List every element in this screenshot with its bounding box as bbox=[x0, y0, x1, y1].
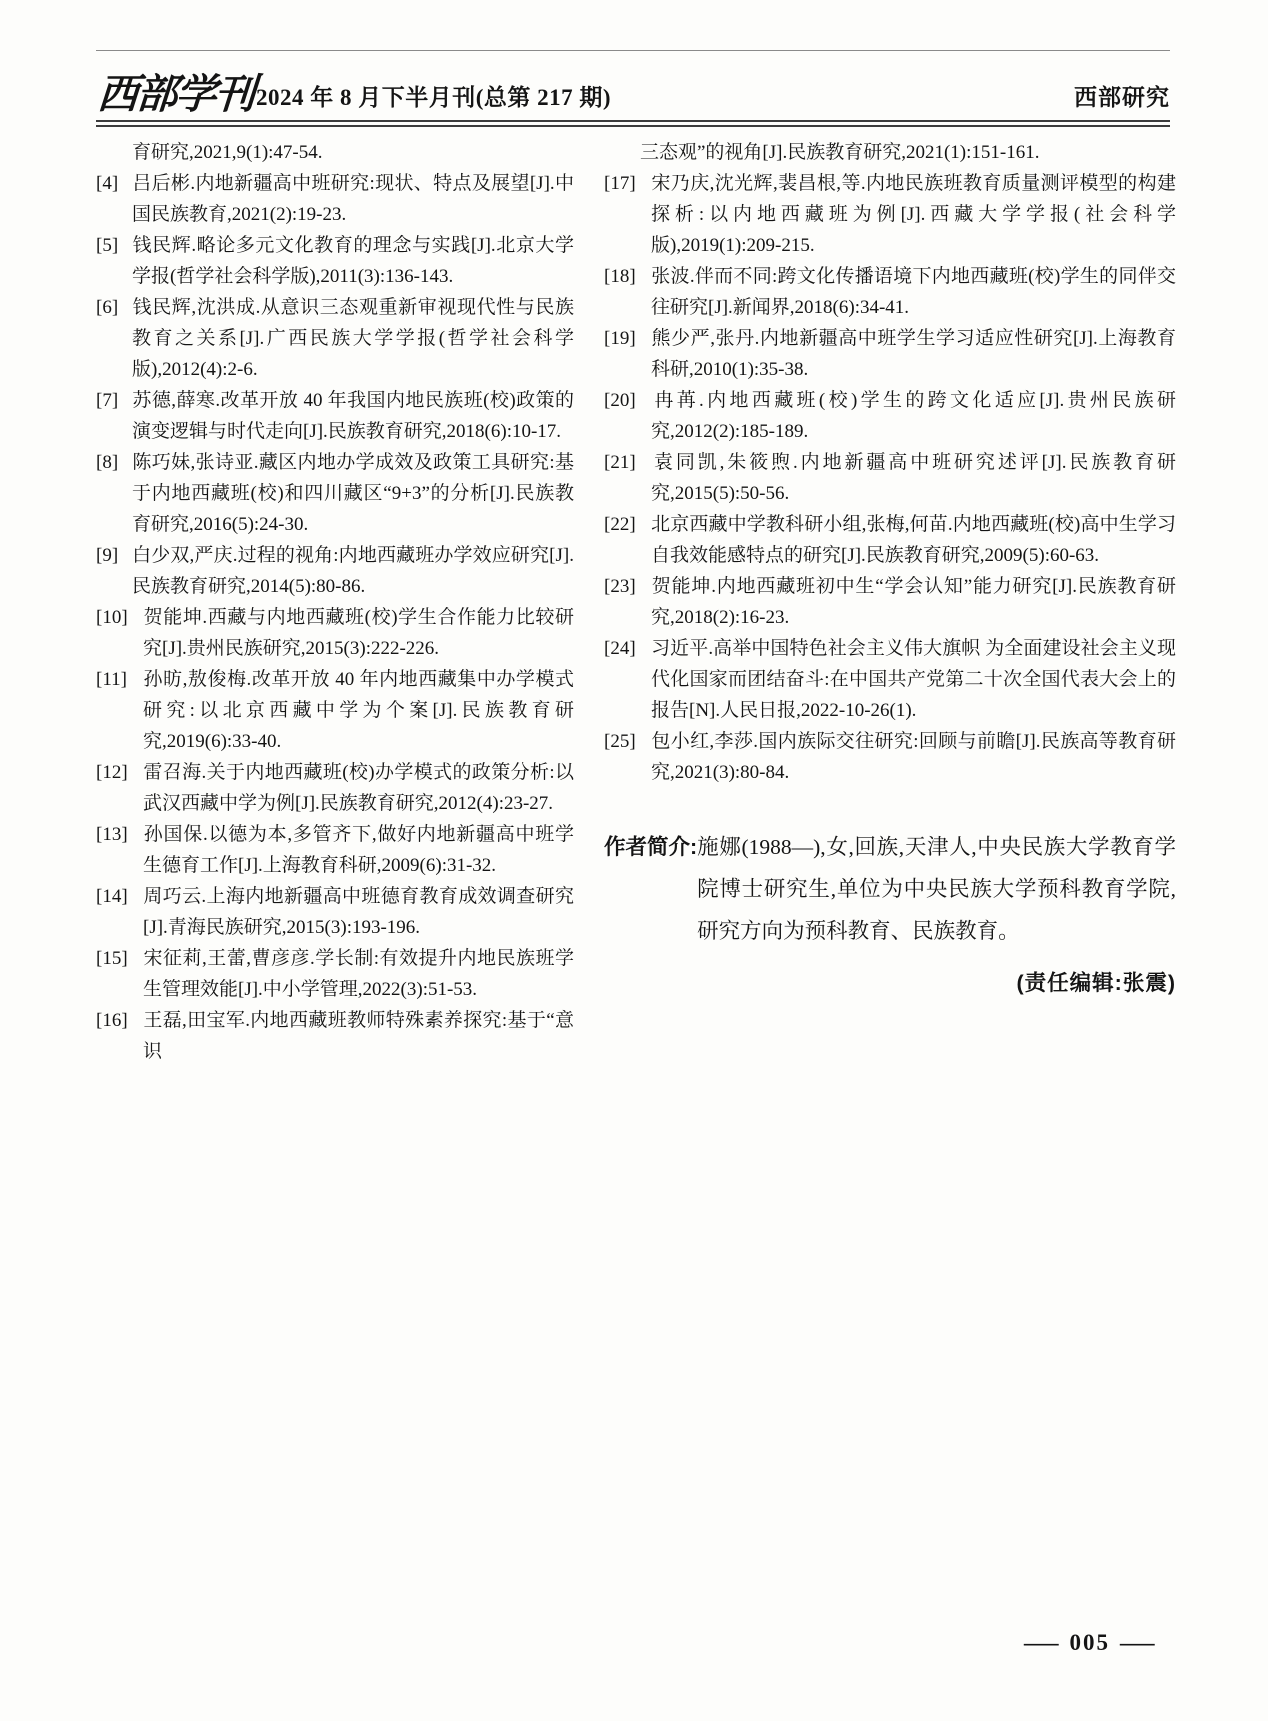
reference-text: 熊少严,张丹.内地新疆高中班学生学习适应性研究[J].上海教育科研,2010(1… bbox=[651, 328, 1176, 380]
reference-number: [22] bbox=[604, 509, 651, 540]
author-bio-text: 施娜(1988—),女,回族,天津人,中央民族大学教育学院博士研究生,单位为中央… bbox=[697, 826, 1176, 952]
reference-text: 习近平.高举中国特色社会主义伟大旗帜 为全面建设社会主义现代化国家而团结奋斗:在… bbox=[651, 638, 1176, 721]
journal-page: 西部学刊 2024 年 8 月下半月刊(总第 217 期) 西部研究 育研究,2… bbox=[0, 0, 1268, 1721]
reference-entry: [17]宋乃庆,沈光辉,裴昌根,等.内地民族班教育质量测评模型的构建探析:以内地… bbox=[604, 168, 1176, 261]
reference-number: [4] bbox=[96, 168, 132, 199]
reference-text: 王磊,田宝军.内地西藏班教师特殊素养探究:基于“意识 bbox=[143, 1010, 574, 1062]
author-bio-label: 作者简介: bbox=[604, 826, 697, 952]
reference-entry: [21]袁同凯,朱筱煦.内地新疆高中班研究述评[J].民族教育研究,2015(5… bbox=[604, 447, 1176, 509]
reference-number: [12] bbox=[96, 757, 143, 788]
reference-text: 周巧云.上海内地新疆高中班德育教育成效调查研究[J].青海民族研究,2015(3… bbox=[143, 886, 574, 938]
reference-number: [13] bbox=[96, 819, 143, 850]
section-label: 西部研究 bbox=[1074, 79, 1170, 116]
page-number: — 005 — bbox=[1030, 1630, 1151, 1656]
reference-entry: [4]吕后彬.内地新疆高中班研究:现状、特点及展望[J].中国民族教育,2021… bbox=[96, 168, 574, 230]
reference-text: 陈巧妹,张诗亚.藏区内地办学成效及政策工具研究:基于内地西藏班(校)和四川藏区“… bbox=[132, 452, 574, 535]
reference-number: [10] bbox=[96, 602, 143, 633]
reference-number: [15] bbox=[96, 943, 143, 974]
reference-number: [21] bbox=[604, 447, 651, 478]
author-bio: 作者简介: 施娜(1988—),女,回族,天津人,中央民族大学教育学院博士研究生… bbox=[604, 826, 1176, 952]
reference-text: 白少双,严庆.过程的视角:内地西藏班办学效应研究[J].民族教育研究,2014(… bbox=[132, 545, 574, 597]
references-column-left: 育研究,2021,9(1):47-54.[4]吕后彬.内地新疆高中班研究:现状、… bbox=[96, 137, 574, 1067]
reference-number: [25] bbox=[604, 726, 651, 757]
reference-text: 北京西藏中学教科研小组,张梅,何苗.内地西藏班(校)高中生学习自我效能感特点的研… bbox=[651, 514, 1176, 566]
reference-number: [8] bbox=[96, 447, 132, 478]
reference-text: 钱民辉.略论多元文化教育的理念与实践[J].北京大学学报(哲学社会科学版),20… bbox=[132, 235, 574, 287]
reference-text: 包小红,李莎.国内族际交往研究:回顾与前瞻[J].民族高等教育研究,2021(3… bbox=[651, 731, 1176, 783]
reference-entry: [16]王磊,田宝军.内地西藏班教师特殊素养探究:基于“意识 bbox=[96, 1005, 574, 1067]
reference-number: [18] bbox=[604, 261, 651, 292]
reference-text: 宋征莉,王蕾,曹彦彦.学长制:有效提升内地民族班学生管理效能[J].中小学管理,… bbox=[143, 948, 574, 1000]
reference-number: [19] bbox=[604, 323, 651, 354]
header-double-rule bbox=[96, 120, 1170, 127]
reference-text: 宋乃庆,沈光辉,裴昌根,等.内地民族班教育质量测评模型的构建探析:以内地西藏班为… bbox=[651, 173, 1176, 256]
page-number-value: 005 bbox=[1070, 1630, 1111, 1656]
reference-number: [23] bbox=[604, 571, 651, 602]
reference-number: [20] bbox=[604, 385, 651, 416]
reference-text: 钱民辉,沈洪成.从意识三态观重新审视现代性与民族教育之关系[J].广西民族大学学… bbox=[132, 297, 574, 380]
reference-entry: [7]苏德,薛寒.改革开放 40 年我国内地民族班(校)政策的演变逻辑与时代走向… bbox=[96, 385, 574, 447]
references-column-right: 三态观”的视角[J].民族教育研究,2021(1):151-161.[17]宋乃… bbox=[604, 137, 1176, 1067]
reference-entry: 育研究,2021,9(1):47-54. bbox=[96, 137, 574, 168]
reference-text: 张波.伴而不同:跨文化传播语境下内地西藏班(校)学生的同伴交往研究[J].新闻界… bbox=[651, 266, 1176, 318]
editor-note: (责任编辑:张震) bbox=[604, 966, 1176, 997]
top-rule bbox=[96, 50, 1170, 51]
reference-entry: 三态观”的视角[J].民族教育研究,2021(1):151-161. bbox=[604, 137, 1176, 168]
reference-text: 贺能坤.西藏与内地西藏班(校)学生合作能力比较研究[J].贵州民族研究,2015… bbox=[143, 607, 574, 659]
references-list-right: 三态观”的视角[J].民族教育研究,2021(1):151-161.[17]宋乃… bbox=[604, 137, 1176, 788]
reference-text: 孙昉,敖俊梅.改革开放 40 年内地西藏集中办学模式研究:以北京西藏中学为个案[… bbox=[143, 669, 574, 752]
reference-entry: [22]北京西藏中学教科研小组,张梅,何苗.内地西藏班(校)高中生学习自我效能感… bbox=[604, 509, 1176, 571]
reference-entry: [19]熊少严,张丹.内地新疆高中班学生学习适应性研究[J].上海教育科研,20… bbox=[604, 323, 1176, 385]
reference-entry: [18]张波.伴而不同:跨文化传播语境下内地西藏班(校)学生的同伴交往研究[J]… bbox=[604, 261, 1176, 323]
reference-entry: [11]孙昉,敖俊梅.改革开放 40 年内地西藏集中办学模式研究:以北京西藏中学… bbox=[96, 664, 574, 757]
reference-entry: [13]孙国保.以德为本,多管齐下,做好内地新疆高中班学生德育工作[J].上海教… bbox=[96, 819, 574, 881]
reference-text: 冉苒.内地西藏班(校)学生的跨文化适应[J].贵州民族研究,2012(2):18… bbox=[651, 390, 1176, 442]
reference-entry: [9]白少双,严庆.过程的视角:内地西藏班办学效应研究[J].民族教育研究,20… bbox=[96, 540, 574, 602]
reference-entry: [10]贺能坤.西藏与内地西藏班(校)学生合作能力比较研究[J].贵州民族研究,… bbox=[96, 602, 574, 664]
reference-entry: [6]钱民辉,沈洪成.从意识三态观重新审视现代性与民族教育之关系[J].广西民族… bbox=[96, 292, 574, 385]
reference-text: 贺能坤.内地西藏班初中生“学会认知”能力研究[J].民族教育研究,2018(2)… bbox=[651, 576, 1176, 628]
reference-entry: [5]钱民辉.略论多元文化教育的理念与实践[J].北京大学学报(哲学社会科学版)… bbox=[96, 230, 574, 292]
reference-text: 袁同凯,朱筱煦.内地新疆高中班研究述评[J].民族教育研究,2015(5):50… bbox=[651, 452, 1176, 504]
reference-text: 三态观”的视角[J].民族教育研究,2021(1):151-161. bbox=[640, 142, 1040, 163]
references-section: 育研究,2021,9(1):47-54.[4]吕后彬.内地新疆高中班研究:现状、… bbox=[96, 137, 1176, 1067]
reference-entry: [23]贺能坤.内地西藏班初中生“学会认知”能力研究[J].民族教育研究,201… bbox=[604, 571, 1176, 633]
page-number-dash-right: — bbox=[1120, 1630, 1156, 1656]
journal-logo: 西部学刊 bbox=[96, 74, 255, 116]
reference-text: 雷召海.关于内地西藏班(校)办学模式的政策分析:以武汉西藏中学为例[J].民族教… bbox=[143, 762, 574, 814]
reference-entry: [24]习近平.高举中国特色社会主义伟大旗帜 为全面建设社会主义现代化国家而团结… bbox=[604, 633, 1176, 726]
issue-info: 2024 年 8 月下半月刊(总第 217 期) bbox=[256, 79, 611, 116]
reference-number: [16] bbox=[96, 1005, 143, 1036]
reference-number: [24] bbox=[604, 633, 651, 664]
reference-number: [7] bbox=[96, 385, 132, 416]
page-number-dash-left: — bbox=[1024, 1630, 1060, 1656]
reference-entry: [8]陈巧妹,张诗亚.藏区内地办学成效及政策工具研究:基于内地西藏班(校)和四川… bbox=[96, 447, 574, 540]
reference-number: [11] bbox=[96, 664, 143, 695]
reference-text: 吕后彬.内地新疆高中班研究:现状、特点及展望[J].中国民族教育,2021(2)… bbox=[132, 173, 574, 225]
reference-text: 育研究,2021,9(1):47-54. bbox=[132, 142, 323, 163]
reference-number: [9] bbox=[96, 540, 132, 571]
reference-number: [6] bbox=[96, 292, 132, 323]
page-header: 西部学刊 2024 年 8 月下半月刊(总第 217 期) 西部研究 bbox=[96, 68, 1170, 116]
reference-number: [17] bbox=[604, 168, 651, 199]
reference-entry: [25]包小红,李莎.国内族际交往研究:回顾与前瞻[J].民族高等教育研究,20… bbox=[604, 726, 1176, 788]
reference-text: 苏德,薛寒.改革开放 40 年我国内地民族班(校)政策的演变逻辑与时代走向[J]… bbox=[132, 390, 574, 442]
reference-number: [5] bbox=[96, 230, 132, 261]
reference-entry: [20]冉苒.内地西藏班(校)学生的跨文化适应[J].贵州民族研究,2012(2… bbox=[604, 385, 1176, 447]
reference-number: [14] bbox=[96, 881, 143, 912]
reference-entry: [12]雷召海.关于内地西藏班(校)办学模式的政策分析:以武汉西藏中学为例[J]… bbox=[96, 757, 574, 819]
reference-entry: [15]宋征莉,王蕾,曹彦彦.学长制:有效提升内地民族班学生管理效能[J].中小… bbox=[96, 943, 574, 1005]
reference-entry: [14]周巧云.上海内地新疆高中班德育教育成效调查研究[J].青海民族研究,20… bbox=[96, 881, 574, 943]
reference-text: 孙国保.以德为本,多管齐下,做好内地新疆高中班学生德育工作[J].上海教育科研,… bbox=[143, 824, 574, 876]
